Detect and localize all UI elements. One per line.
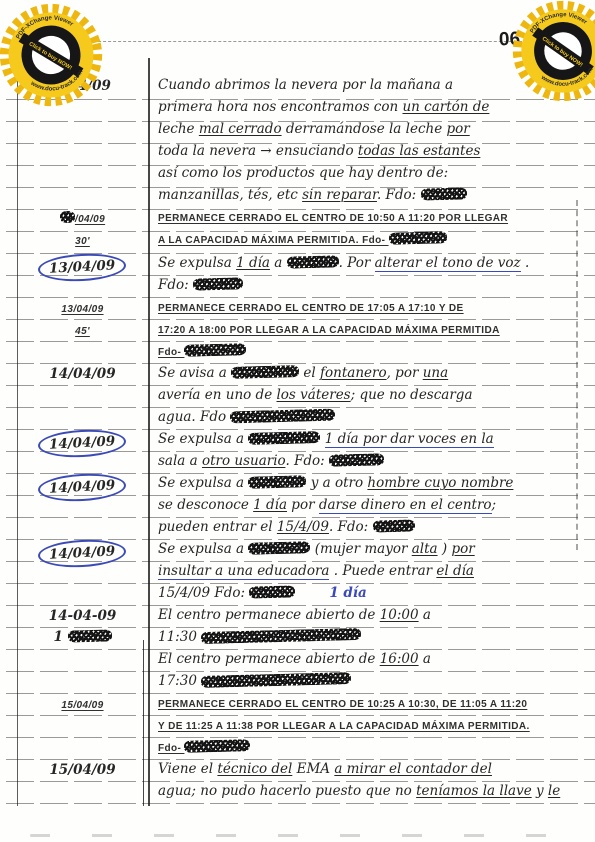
handwritten-text: el bbox=[299, 365, 320, 381]
handwritten-text: Cuando abrimos la nevera por la mañana a bbox=[158, 77, 453, 93]
log-entry: 14/04/09 Se expulsa a (mujer mayor alta … bbox=[17, 538, 589, 604]
handwritten-text: pueden entrar el bbox=[158, 519, 277, 535]
handwritten-text: los váteres bbox=[276, 387, 350, 403]
log-entry: 15/04/09 Viene el técnico del EMA a mira… bbox=[17, 758, 589, 802]
handwriting-line: Se expulsa a (mujer mayor alta ) por bbox=[158, 538, 589, 560]
handwriting-line: PERMANECE CERRADO EL CENTRO DE 10:25 A 1… bbox=[158, 692, 589, 714]
entry-date: 15/04/09 bbox=[49, 760, 115, 780]
handwritten-text: EMA bbox=[292, 761, 334, 777]
entry-duration-note: 45' bbox=[17, 319, 148, 342]
entries-list: 13/4/09 Cuando abrimos la nevera por la … bbox=[17, 74, 589, 802]
handwritten-text: (mujer mayor bbox=[310, 541, 411, 557]
handwriting-line: sala a otro usuario. Fdo: bbox=[158, 450, 589, 472]
handwriting-line: Y DE 11:25 A 11:38 POR LLEGAR A LA CAPAC… bbox=[158, 714, 589, 736]
handwritten-text: . Fdo: bbox=[285, 453, 329, 469]
entry-duration-note: 1 bbox=[17, 626, 148, 647]
handwritten-text: 17:30 bbox=[158, 673, 201, 689]
handwritten-text: 15/4/09 Fdo: bbox=[158, 585, 249, 601]
redaction-scribble bbox=[193, 277, 243, 290]
handwritten-text: . Fdo: bbox=[377, 187, 421, 203]
handwriting-line: Se expulsa a 1 día por dar voces en la bbox=[158, 428, 589, 450]
handwritten-text: manzanillas, tés, etc bbox=[158, 187, 302, 203]
handwritten-text: a bbox=[270, 255, 287, 271]
handwritten-text: alterar el tono de voz bbox=[375, 255, 521, 272]
handwriting-line: 15/4/09 Fdo: 1 día bbox=[158, 582, 589, 604]
entry-body: Se expulsa a 1 día por dar voces en lasa… bbox=[148, 428, 589, 472]
handwritten-text: otro usuario bbox=[202, 453, 285, 469]
log-entry: 15/04/09 PERMANECE CERRADO EL CENTRO DE … bbox=[17, 692, 589, 758]
handwritten-text: Viene el bbox=[158, 761, 217, 777]
entry-body: Se expulsa 1 día a . Por alterar el tono… bbox=[148, 252, 589, 296]
entry-date: 15/04/09 bbox=[61, 694, 103, 715]
entry-date: 14-04-09 bbox=[49, 606, 117, 626]
entry-date: /04/09 bbox=[60, 208, 105, 229]
handwritten-text: . bbox=[521, 255, 530, 271]
handwritten-text: sala a bbox=[158, 453, 202, 469]
entry-body: Viene el técnico del EMA a mirar el cont… bbox=[148, 758, 589, 802]
handwriting-line: 11:30 bbox=[158, 626, 589, 648]
handwritten-text: alta bbox=[412, 541, 438, 557]
handwritten-text: PERMANECE CERRADO EL CENTRO DE 10:25 A 1… bbox=[158, 699, 527, 710]
handwritten-text: Fdo: bbox=[158, 277, 193, 293]
handwritten-text: 1 bbox=[53, 629, 67, 645]
log-entry: /04/09 30' PERMANECE CERRADO EL CENTRO D… bbox=[17, 206, 589, 252]
handwritten-text: Se expulsa a bbox=[158, 475, 248, 491]
entry-date: 13/04/09 bbox=[61, 298, 103, 319]
handwritten-text: 14/04/09 bbox=[49, 477, 116, 496]
handwritten-text: El centro permanece abierto de bbox=[158, 607, 380, 623]
handwritten-text: ; que no descarga bbox=[351, 387, 473, 403]
handwriting-line: El centro permanece abierto de 10:00 a bbox=[158, 604, 589, 626]
handwritten-text: 17:20 A 18:00 POR LLEGAR A LA CAPACIDAD … bbox=[158, 325, 500, 336]
handwritten-text: 30' bbox=[75, 236, 90, 247]
handwriting-line: Fdo- bbox=[158, 340, 589, 362]
redaction-scribble bbox=[248, 475, 306, 489]
redaction-scribble bbox=[201, 628, 361, 644]
handwritten-text: El centro permanece abierto de bbox=[158, 651, 380, 667]
handwriting-line: manzanillas, tés, etc sin reparar. Fdo: bbox=[158, 184, 589, 206]
handwritten-text: agua; no pudo hacerlo puesto que no bbox=[158, 783, 416, 799]
handwritten-text: . Por bbox=[339, 255, 375, 271]
handwritten-text: se desconoce bbox=[158, 497, 253, 513]
scanned-logbook-page: PDF-XChange Viewer www.docu-track.com Cl… bbox=[0, 0, 595, 842]
handwritten-text: a bbox=[419, 651, 431, 667]
log-entry: 14/04/09 Se expulsa a 1 día por dar voce… bbox=[17, 428, 589, 472]
handwritten-text: PERMANECE CERRADO EL CENTRO DE 17:05 A 1… bbox=[158, 303, 464, 314]
handwriting-line: toda la nevera → ensuciando todas las es… bbox=[158, 140, 589, 162]
handwritten-text: técnico del bbox=[217, 761, 292, 777]
handwritten-text: una bbox=[423, 365, 448, 381]
handwritten-text: a bbox=[419, 607, 431, 623]
handwritten-text: 1 día por dar voces en la bbox=[325, 431, 494, 448]
entry-date: 14/04/09 bbox=[38, 538, 128, 570]
handwritten-text: 15/4/09 bbox=[277, 519, 329, 535]
handwritten-text: Fdo- bbox=[158, 347, 184, 358]
redaction-scribble bbox=[286, 255, 338, 268]
handwriting-line: PERMANECE CERRADO EL CENTRO DE 10:50 A 1… bbox=[158, 206, 589, 228]
log-entry: 14/04/09 Se avisa a el fontanero, por un… bbox=[17, 362, 589, 428]
entry-date-cell: /04/09 30' bbox=[17, 206, 148, 252]
handwritten-text: le bbox=[548, 783, 560, 799]
entry-body: El centro permanece abierto de 10:00 a11… bbox=[148, 604, 589, 692]
handwriting-line: PERMANECE CERRADO EL CENTRO DE 17:05 A 1… bbox=[158, 296, 589, 318]
entry-date-cell: 14-04-09 1 bbox=[17, 604, 148, 692]
handwritten-text: Se expulsa bbox=[158, 255, 236, 271]
handwritten-text: 10:00 bbox=[380, 607, 419, 623]
handwritten-text: y a otro bbox=[306, 475, 367, 491]
handwriting-line: Se avisa a el fontanero, por una bbox=[158, 362, 589, 384]
handwritten-text: A LA CAPACIDAD MÁXIMA PERMITIDA. Fdo- bbox=[158, 235, 389, 246]
handwritten-text: leche bbox=[158, 121, 199, 137]
handwritten-text: 15/04/09 bbox=[49, 762, 115, 778]
handwritten-text: por bbox=[287, 497, 319, 513]
handwritten-text: mal cerrado bbox=[199, 121, 282, 137]
handwritten-text: 14-04-09 bbox=[49, 608, 117, 624]
entry-body: PERMANECE CERRADO EL CENTRO DE 17:05 A 1… bbox=[148, 296, 589, 362]
handwriting-line: Fdo- bbox=[158, 736, 589, 758]
entry-date-cell: 15/04/09 bbox=[17, 692, 148, 758]
handwriting-line: 17:30 bbox=[158, 670, 589, 692]
handwritten-text: Se avisa a bbox=[158, 365, 231, 381]
handwritten-text: Se expulsa a bbox=[158, 541, 248, 557]
redaction-scribble bbox=[231, 365, 299, 379]
entry-date-cell: 13/04/09 bbox=[17, 252, 148, 296]
redaction-scribble bbox=[230, 408, 335, 423]
scan-artifact bbox=[30, 834, 555, 837]
entry-date-cell: 15/04/09 bbox=[17, 758, 148, 802]
handwritten-text: Se expulsa a bbox=[158, 431, 248, 447]
handwritten-text: el día bbox=[436, 563, 474, 579]
redaction-scribble bbox=[60, 211, 75, 223]
redaction-scribble bbox=[248, 431, 320, 445]
handwritten-text: 15/04/09 bbox=[61, 700, 103, 711]
handwritten-text: y bbox=[532, 783, 548, 799]
redaction-scribble bbox=[420, 187, 466, 200]
handwritten-text: , por bbox=[387, 365, 423, 381]
handwritten-text: por bbox=[446, 121, 469, 137]
handwritten-text: 11:30 bbox=[158, 629, 201, 645]
handwritten-text: 1 día bbox=[253, 497, 287, 513]
entry-date-cell: 14/04/09 bbox=[17, 428, 148, 472]
entry-date-cell: 13/04/09 45' bbox=[17, 296, 148, 362]
handwriting-line: Se expulsa 1 día a . Por alterar el tono… bbox=[158, 252, 589, 274]
entry-date: 13/04/09 bbox=[38, 252, 128, 284]
handwritten-text: 1 día bbox=[329, 585, 366, 601]
handwriting-line: avería en uno de los váteres; que no des… bbox=[158, 384, 589, 406]
handwritten-text: 14/04/09 bbox=[49, 543, 116, 562]
handwritten-text: sin reparar bbox=[302, 187, 377, 203]
handwritten-text: 45' bbox=[75, 326, 90, 337]
handwritten-text: . Fdo: bbox=[329, 519, 373, 535]
handwritten-text: avería en uno de bbox=[158, 387, 276, 403]
handwritten-text: derramándose la leche bbox=[282, 121, 447, 137]
redaction-scribble bbox=[201, 672, 351, 688]
handwriting-line: así como los productos que hay dentro de… bbox=[158, 162, 589, 184]
handwriting-line: A LA CAPACIDAD MÁXIMA PERMITIDA. Fdo- bbox=[158, 228, 589, 250]
handwriting-line: pueden entrar el 15/4/09. Fdo: bbox=[158, 516, 589, 538]
entry-date: 14/04/09 bbox=[38, 428, 128, 460]
redaction-scribble bbox=[249, 585, 295, 598]
handwritten-text: toda la nevera → ensuciando bbox=[158, 143, 358, 159]
handwriting-line: Fdo: bbox=[158, 274, 589, 296]
handwritten-text: ) bbox=[438, 541, 452, 557]
entry-body: PERMANECE CERRADO EL CENTRO DE 10:25 A 1… bbox=[148, 692, 589, 758]
entry-date-cell: 14/04/09 bbox=[17, 538, 148, 604]
handwritten-text: 14/04/09 bbox=[49, 433, 116, 452]
handwritten-text: teníamos la llave bbox=[416, 783, 532, 799]
handwritten-text: ; bbox=[492, 497, 497, 513]
handwritten-text: fontanero bbox=[320, 365, 387, 381]
entry-body: Se expulsa a y a otro hombre cuyo nombre… bbox=[148, 472, 589, 538]
handwriting-line: El centro permanece abierto de 16:00 a bbox=[158, 648, 589, 670]
handwriting-line: se desconoce 1 día por darse dinero en e… bbox=[158, 494, 589, 516]
redaction-scribble bbox=[184, 343, 246, 357]
handwritten-text: darse dinero en el centro bbox=[319, 497, 492, 514]
log-entry: 14/04/09 Se expulsa a y a otro hombre cu… bbox=[17, 472, 589, 538]
handwritten-text: 13/04/09 bbox=[49, 257, 116, 276]
log-entry: 13/04/09 Se expulsa 1 día a . Por altera… bbox=[17, 252, 589, 296]
handwritten-text: Y DE 11:25 A 11:38 POR LLEGAR A LA CAPAC… bbox=[158, 721, 530, 732]
handwritten-text: un cartón de bbox=[402, 99, 489, 115]
handwriting-line: insultar a una educadora . Puede entrar … bbox=[158, 560, 589, 582]
handwriting-line: Se expulsa a y a otro hombre cuyo nombre bbox=[158, 472, 589, 494]
entry-date: 14/04/09 bbox=[38, 472, 128, 504]
handwritten-text: primera hora nos encontramos con bbox=[158, 99, 402, 115]
entry-date-cell: 14/04/09 bbox=[17, 362, 148, 428]
handwritten-text: /04/09 bbox=[75, 214, 105, 225]
redaction-scribble bbox=[388, 231, 446, 245]
redaction-scribble bbox=[184, 739, 250, 753]
handwritten-text: 13/04/09 bbox=[61, 304, 103, 315]
handwriting-line: 17:20 A 18:00 POR LLEGAR A LA CAPACIDAD … bbox=[158, 318, 589, 340]
entry-date-cell: 14/04/09 bbox=[17, 472, 148, 538]
redaction-scribble bbox=[67, 629, 111, 642]
redaction-scribble bbox=[329, 453, 384, 466]
handwritten-text: 16:00 bbox=[380, 651, 419, 667]
handwritten-text: Fdo- bbox=[158, 743, 184, 754]
entry-date: 14/04/09 bbox=[49, 364, 115, 384]
entry-duration-note: 30' bbox=[17, 229, 148, 252]
log-entry: 14-04-09 1 El centro permanece abierto d… bbox=[17, 604, 589, 692]
log-entry: 13/04/09 45' PERMANECE CERRADO EL CENTRO… bbox=[17, 296, 589, 362]
handwriting-line: leche mal cerrado derramándose la leche … bbox=[158, 118, 589, 140]
handwritten-text: 1 día bbox=[236, 255, 270, 271]
redaction-scribble bbox=[372, 519, 414, 532]
handwritten-text: a mirar el contador del bbox=[334, 761, 492, 777]
handwritten-text: PERMANECE CERRADO EL CENTRO DE 10:50 A 1… bbox=[158, 213, 508, 224]
handwritten-text: por bbox=[451, 541, 474, 557]
handwritten-text: así como los productos que hay dentro de… bbox=[158, 165, 448, 181]
handwriting-line: agua; no pudo hacerlo puesto que no tení… bbox=[158, 780, 589, 802]
handwritten-text: hombre cuyo nombre bbox=[367, 475, 513, 491]
entry-body: Se avisa a el fontanero, por unaavería e… bbox=[148, 362, 589, 428]
handwritten-text: . Puede entrar bbox=[329, 563, 436, 579]
handwritten-text: agua. Fdo bbox=[158, 409, 230, 425]
handwriting-line: Viene el técnico del EMA a mirar el cont… bbox=[158, 758, 589, 780]
handwritten-text: 14/04/09 bbox=[49, 366, 115, 382]
handwriting-line: agua. Fdo bbox=[158, 406, 589, 428]
handwritten-text: todas las estantes bbox=[358, 143, 480, 159]
entry-body: Se expulsa a (mujer mayor alta ) porinsu… bbox=[148, 538, 589, 604]
handwritten-text: insultar a una educadora bbox=[158, 563, 329, 580]
entry-body: PERMANECE CERRADO EL CENTRO DE 10:50 A 1… bbox=[148, 206, 589, 252]
redaction-scribble bbox=[248, 541, 310, 555]
